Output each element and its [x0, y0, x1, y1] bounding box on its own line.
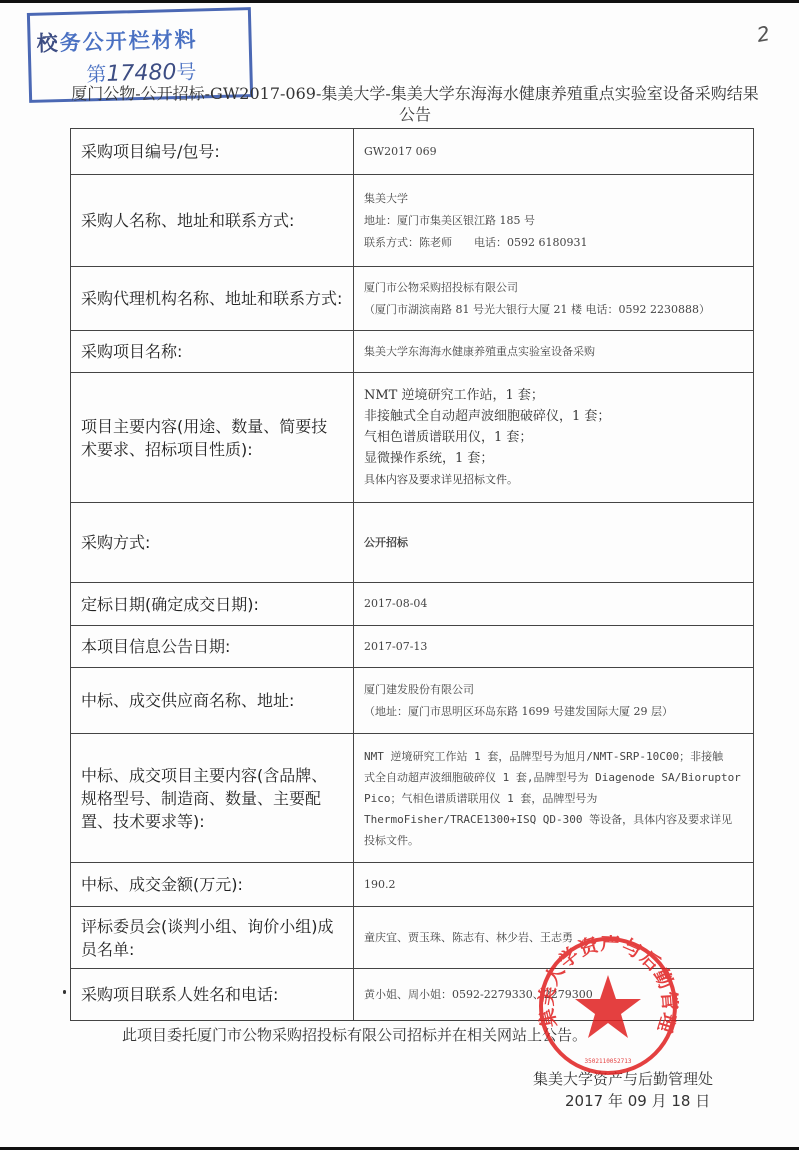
row-label: 中标、成交项目主要内容(含品牌、规格型号、制造商、数量、主要配置、技术要求等): — [71, 734, 354, 863]
scan-top-edge — [0, 0, 799, 3]
table-row: 项目主要内容(用途、数量、简要技术要求、招标项目性质): NMT 逆境研究工作站… — [71, 373, 754, 503]
table-row: 本项目信息公告日期: 2017-07-13 — [71, 626, 754, 668]
row-label: 中标、成交金额(万元): — [71, 863, 354, 907]
row-label: 项目主要内容(用途、数量、简要技术要求、招标项目性质): — [71, 373, 354, 503]
table-row: 采购方式: 公开招标 — [71, 503, 754, 583]
row-label: 采购人名称、地址和联系方式: — [71, 175, 354, 267]
row-label: 定标日期(确定成交日期): — [71, 583, 354, 626]
table-row: 中标、成交项目主要内容(含品牌、规格型号、制造商、数量、主要配置、技术要求等):… — [71, 734, 754, 863]
table-row: 定标日期(确定成交日期): 2017-08-04 — [71, 583, 754, 626]
table-row: 采购项目编号/包号: GW2017 069 — [71, 129, 754, 175]
row-value: 厦门市公物采购招投标有限公司 （厦门市湖滨南路 81 号光大银行大厦 21 楼 … — [354, 267, 754, 331]
row-value: 黄小姐、周小姐：0592-2279330、2279300 — [354, 969, 754, 1021]
table-row: 采购项目联系人姓名和电话: 黄小姐、周小姐：0592-2279330、22793… — [71, 969, 754, 1021]
row-value: 集美大学 地址：厦门市集美区银江路 185 号 联系方式：陈老师 电话：0592… — [354, 175, 754, 267]
row-label: 中标、成交供应商名称、地址: — [71, 668, 354, 734]
row-label: 本项目信息公告日期: — [71, 626, 354, 668]
row-label: 采购项目联系人姓名和电话: — [71, 969, 354, 1021]
table-row: 采购人名称、地址和联系方式: 集美大学 地址：厦门市集美区银江路 185 号 联… — [71, 175, 754, 267]
table-row: 采购代理机构名称、地址和联系方式: 厦门市公物采购招投标有限公司 （厦门市湖滨南… — [71, 267, 754, 331]
stamp-title: 校务公开栏材料 — [36, 23, 198, 57]
row-label: 采购项目编号/包号: — [71, 129, 354, 175]
row-label: 采购项目名称: — [71, 331, 354, 373]
row-value: 集美大学东海海水健康养殖重点实验室设备采购 — [354, 331, 754, 373]
handwritten-page-number: 2 — [755, 21, 772, 47]
table-row: 评标委员会(谈判小组、询价小组)成员名单: 童庆宜、贾玉珠、陈志有、林少岩、王志… — [71, 907, 754, 969]
row-value: 厦门建发股份有限公司 （地址：厦门市思明区环岛东路 1699 号建发国际大厦 2… — [354, 668, 754, 734]
issue-date: 2017 年 09 月 18 日 — [565, 1090, 710, 1111]
table-row: 中标、成交金额(万元): 190.2 — [71, 863, 754, 907]
row-value: 2017-07-13 — [354, 626, 754, 668]
scan-speck — [63, 990, 66, 994]
row-value: 公开招标 — [354, 503, 754, 583]
row-value: NMT 逆境研究工作站 1 套，品牌型号为旭月/NMT-SRP-10C00；非接… — [354, 734, 754, 863]
row-value: NMT 逆境研究工作站，1 套； 非接触式全自动超声波细胞破碎仪，1 套； 气相… — [354, 373, 754, 503]
document-title: 厦门公物-公开招标-GW2017-069-集美大学-集美大学东海海水健康养殖重点… — [70, 83, 760, 125]
announcement-table: 采购项目编号/包号: GW2017 069 采购人名称、地址和联系方式: 集美大… — [70, 128, 754, 1021]
row-value: 2017-08-04 — [354, 583, 754, 626]
row-value: 190.2 — [354, 863, 754, 907]
table-row: 中标、成交供应商名称、地址: 厦门建发股份有限公司 （地址：厦门市思明区环岛东路… — [71, 668, 754, 734]
footer-note: 此项目委托厦门市公物采购招投标有限公司招标并在相关网站上公告。 — [122, 1024, 587, 1045]
row-label: 采购代理机构名称、地址和联系方式: — [71, 267, 354, 331]
row-value: GW2017 069 — [354, 129, 754, 175]
row-value: 童庆宜、贾玉珠、陈志有、林少岩、王志勇 — [354, 907, 754, 969]
row-label: 采购方式: — [71, 503, 354, 583]
seal-serial: 3502110052713 — [585, 1058, 632, 1065]
table-row: 采购项目名称: 集美大学东海海水健康养殖重点实验室设备采购 — [71, 331, 754, 373]
issuer-name: 集美大学资产与后勤管理处 — [533, 1068, 713, 1089]
row-label: 评标委员会(谈判小组、询价小组)成员名单: — [71, 907, 354, 969]
